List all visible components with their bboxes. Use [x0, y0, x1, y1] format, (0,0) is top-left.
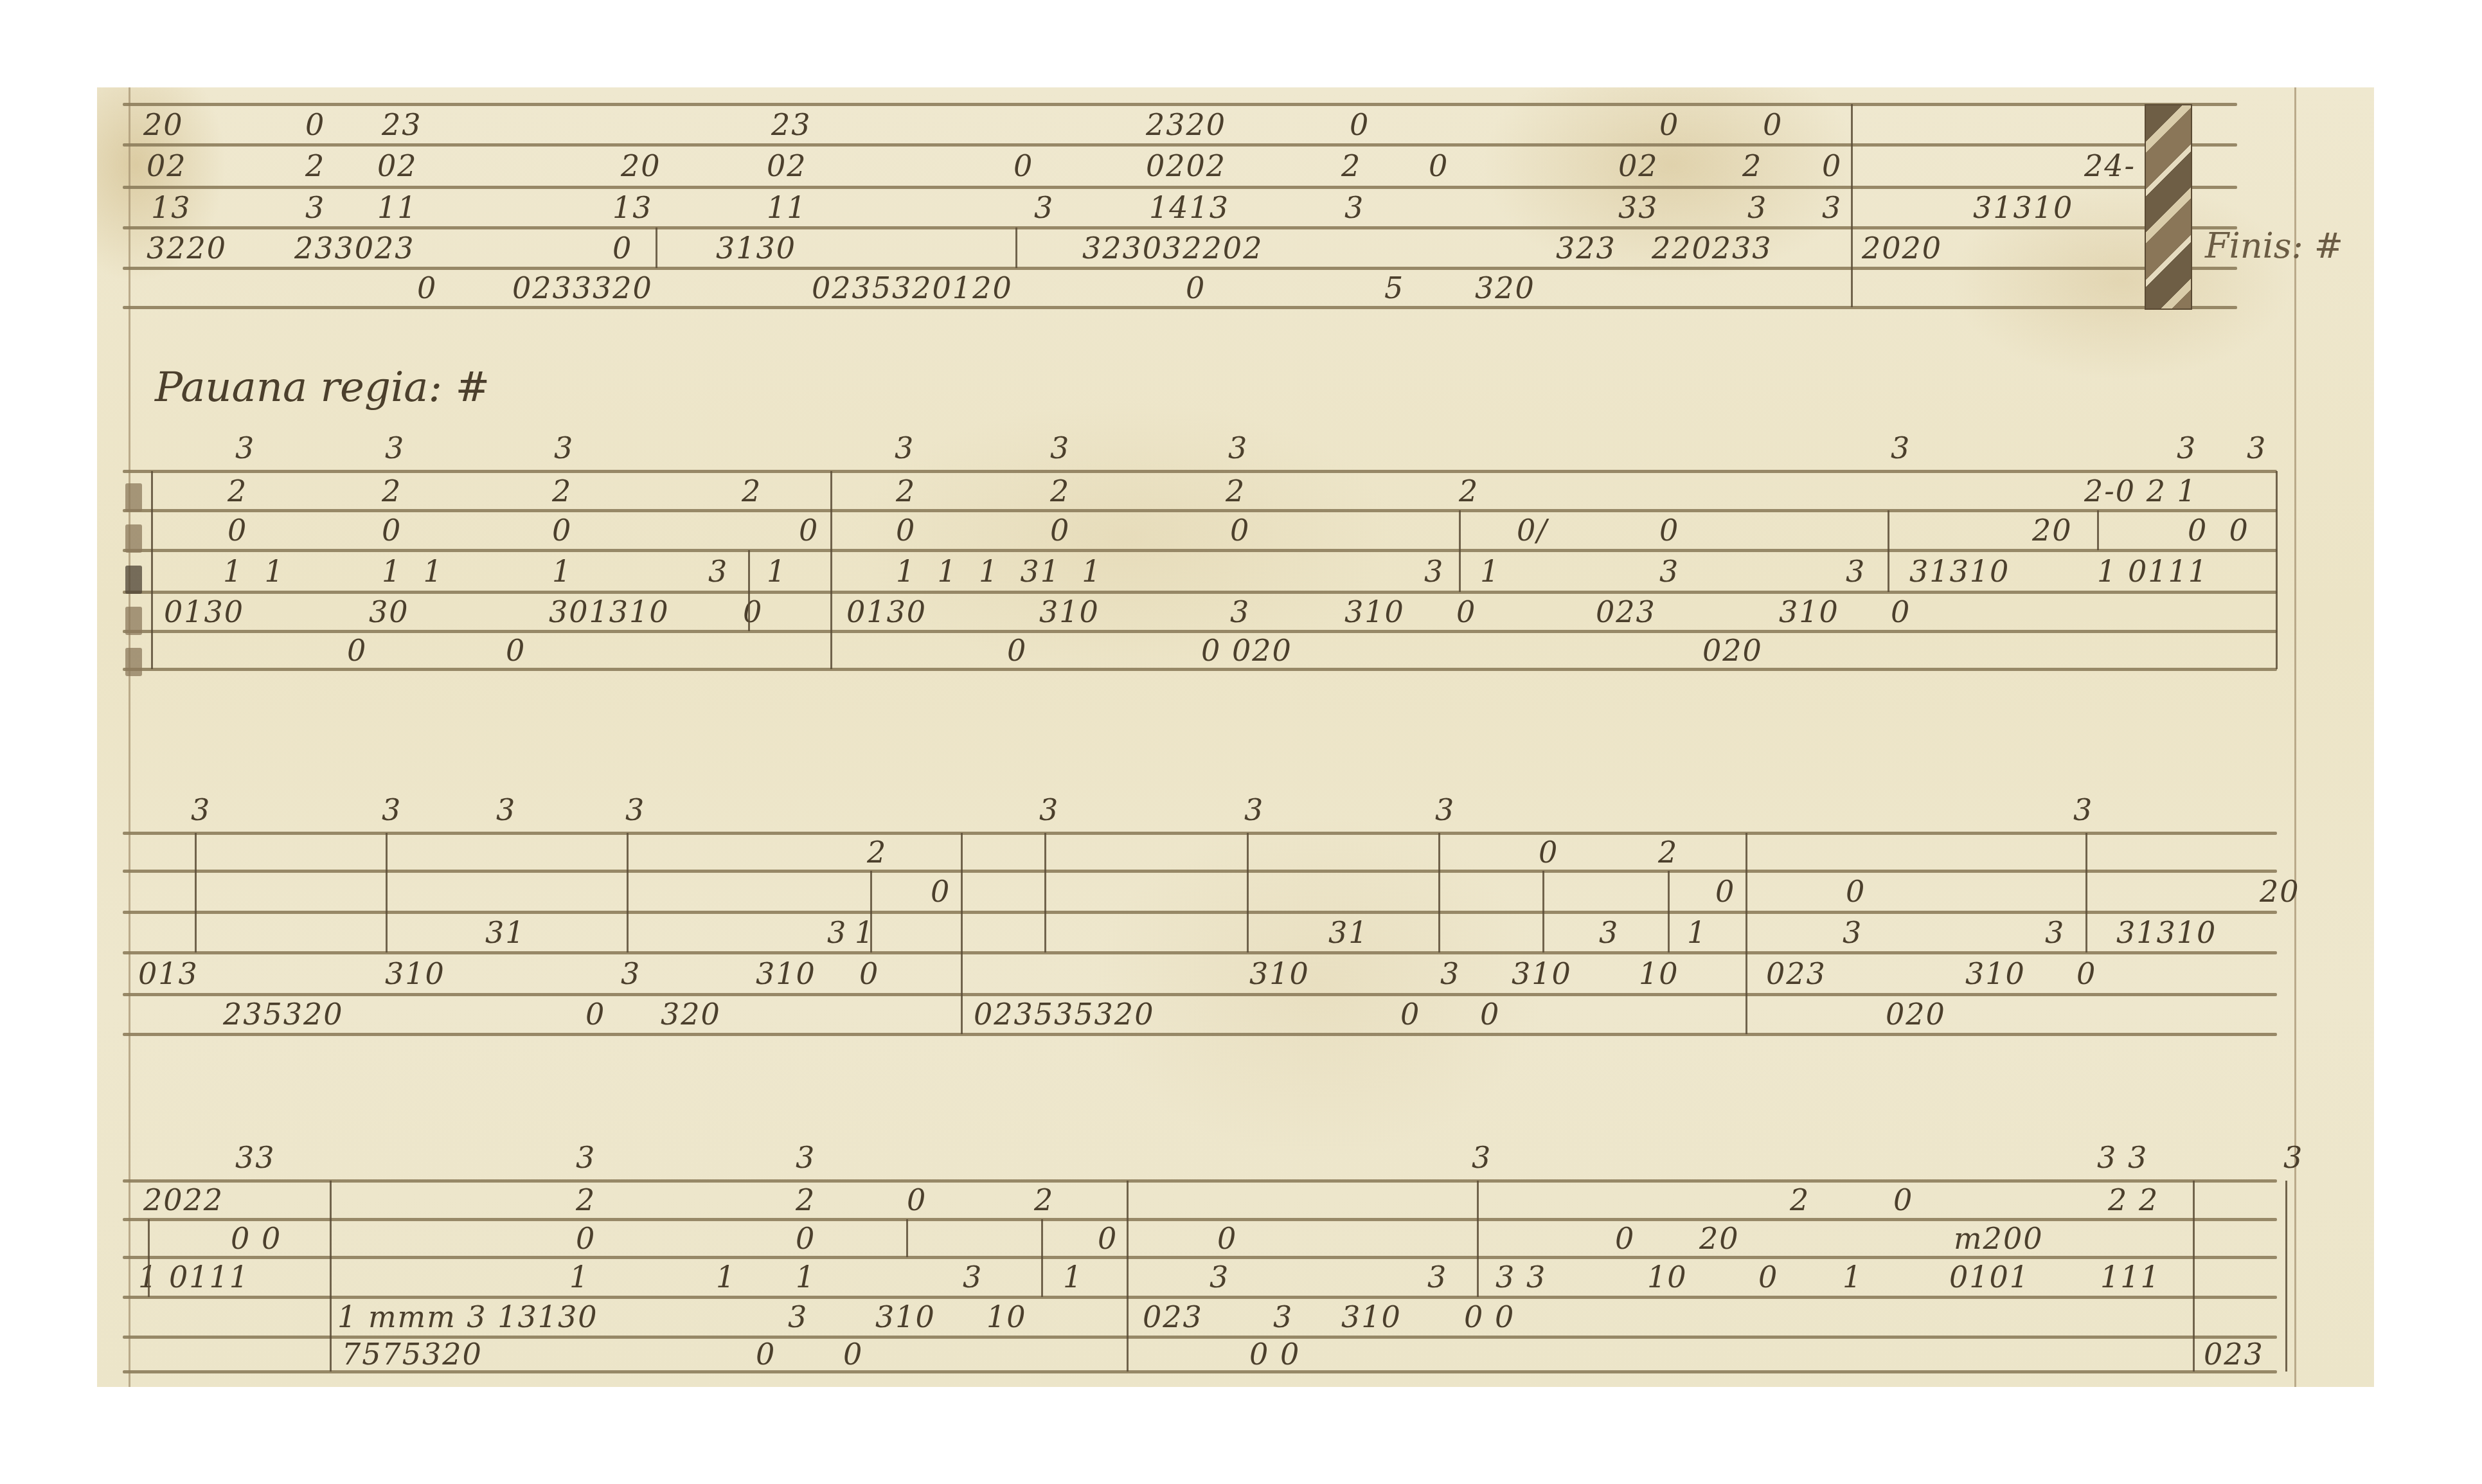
bar-line	[1247, 833, 1249, 952]
tab-cipher: 3	[305, 193, 325, 222]
tab-cipher: 3	[1599, 918, 1619, 947]
tab-cipher: 3	[1472, 1143, 1492, 1172]
tab-cipher: 1 1	[382, 557, 443, 586]
tab-cipher: 2	[1790, 1185, 1810, 1215]
tab-cipher: 3	[1039, 795, 1059, 825]
tab-cipher: 3220	[147, 233, 227, 263]
tab-cipher: 20	[621, 151, 661, 181]
tab-cipher: 323	[1556, 233, 1616, 263]
tab-cipher: 11	[377, 193, 418, 222]
tab-cipher: 0	[1539, 837, 1558, 867]
tab-cipher: 24-	[2084, 151, 2136, 181]
tab-cipher: 31	[485, 918, 526, 947]
tab-cipher: 013	[138, 959, 199, 988]
tab-cipher: 3	[576, 1143, 596, 1172]
margin-marker	[125, 524, 142, 553]
staff-line	[123, 267, 2237, 270]
tab-cipher: 02	[147, 151, 187, 181]
tab-cipher: 2	[796, 1185, 816, 1215]
tab-cipher: 3	[1440, 959, 1460, 988]
tab-cipher: 0	[1456, 597, 1476, 627]
tab-cipher: 0	[1822, 151, 1842, 181]
bar-line	[1888, 510, 1889, 592]
tab-cipher: 0	[896, 515, 916, 545]
tab-cipher: 2020	[1862, 233, 1942, 263]
tab-cipher: 02	[377, 151, 418, 181]
tab-cipher: 0	[1050, 515, 1070, 545]
finis-label: Finis: #	[2205, 226, 2343, 266]
tab-cipher: 31	[1328, 918, 1369, 947]
tab-cipher: 2	[896, 476, 916, 506]
bar-line	[2097, 510, 2099, 550]
tab-cipher: 0 020	[1201, 636, 1292, 665]
tab-cipher: 310	[756, 959, 816, 988]
bar-line	[1851, 104, 1853, 307]
tab-cipher: 0	[1186, 273, 1206, 303]
staff-line	[123, 1033, 2277, 1036]
bar-line	[2193, 1181, 2195, 1372]
tab-cipher: 320	[661, 999, 721, 1029]
tab-cipher: 20	[143, 110, 184, 139]
tab-cipher: 33	[235, 1143, 276, 1172]
bar-line	[1044, 833, 1046, 952]
tab-cipher: 3	[1050, 433, 1070, 463]
tab-cipher: 0	[1480, 999, 1500, 1029]
tab-cipher: 3	[1210, 1262, 1229, 1292]
tab-cipher: 0 0	[1249, 1339, 1300, 1369]
bar-line	[1438, 833, 1440, 952]
bar-line	[1745, 833, 1747, 1034]
tab-cipher: 0	[1891, 597, 1911, 627]
tab-cipher: 220233	[1652, 233, 1772, 263]
staff-line	[123, 306, 2237, 309]
tab-cipher: 10	[987, 1302, 1027, 1332]
tab-cipher: 2	[867, 837, 887, 867]
bar-line	[1041, 1219, 1043, 1297]
bar-line	[1542, 871, 1544, 952]
tab-cipher: 0	[859, 959, 879, 988]
tab-cipher: 0202	[1146, 151, 1226, 181]
tab-cipher: 3	[1228, 433, 1248, 463]
staff-line	[123, 186, 2237, 189]
tab-cipher: 0130	[164, 597, 244, 627]
staff-line	[123, 509, 2277, 512]
tab-cipher: 0	[576, 1224, 596, 1253]
tab-cipher: 0	[1659, 110, 1679, 139]
bar-line	[656, 228, 657, 268]
bar-line	[2276, 471, 2278, 669]
tab-cipher: 3	[1891, 433, 1911, 463]
tab-cipher: 0	[1230, 515, 1250, 545]
tab-cipher: 1	[1480, 557, 1500, 586]
tab-cipher: 23	[382, 110, 422, 139]
tab-cipher: 0	[1758, 1262, 1778, 1292]
tab-cipher: 0	[1846, 877, 1866, 906]
tab-cipher: 10	[1639, 959, 1679, 988]
tab-cipher: 1 0111	[138, 1262, 249, 1292]
tab-cipher: 2	[305, 151, 325, 181]
tab-cipher: 023	[1596, 597, 1656, 627]
tab-cipher: 0130	[846, 597, 927, 627]
tab-cipher: 1	[569, 1262, 589, 1292]
tab-cipher: 235320	[223, 999, 344, 1029]
tab-cipher: 0101	[1949, 1262, 2030, 1292]
tab-cipher: 31310	[2116, 918, 2217, 947]
staff-line	[123, 1256, 2277, 1259]
tab-cipher: 3	[496, 795, 516, 825]
tab-cipher: 0	[1893, 1185, 1913, 1215]
tab-cipher: 3 3	[1495, 1262, 1546, 1292]
tab-cipher: 3	[1344, 193, 1364, 222]
tab-cipher: 3	[1659, 557, 1679, 586]
right-margin-rule	[2294, 87, 2296, 1387]
tab-cipher: 3	[2073, 795, 2093, 825]
tab-cipher: 0 0	[231, 1224, 281, 1253]
tab-cipher: 023	[1143, 1302, 1203, 1332]
tab-cipher: 023	[2204, 1339, 2264, 1369]
tab-cipher: 3	[1230, 597, 1250, 627]
tab-cipher: 2	[1742, 151, 1762, 181]
tab-cipher: 0	[907, 1185, 927, 1215]
tab-cipher: 10	[1647, 1262, 1688, 1292]
tab-cipher: 23	[771, 110, 812, 139]
bar-line	[195, 833, 197, 952]
tab-cipher: 2	[552, 476, 572, 506]
tab-cipher: 310	[385, 959, 445, 988]
tab-cipher: 31310	[1909, 557, 2010, 586]
tab-cipher: 2-0 2 1	[2084, 476, 2197, 506]
tab-cipher: 1	[1063, 1262, 1083, 1292]
tab-cipher: 3	[1843, 918, 1862, 947]
tab-cipher: 310	[1512, 959, 1572, 988]
tab-cipher: 0	[228, 515, 247, 545]
staff-line	[123, 591, 2277, 594]
tab-cipher: 3	[191, 795, 211, 825]
tab-cipher: 0	[1400, 999, 1420, 1029]
tab-cipher: 0	[743, 597, 763, 627]
staff-line	[123, 832, 2277, 835]
tab-cipher: 0	[1715, 877, 1735, 906]
tab-cipher: 1 1 1 31 1	[896, 557, 1102, 586]
tab-cipher: 3	[385, 433, 405, 463]
staff-line	[123, 1296, 2277, 1299]
tab-cipher: 111	[2100, 1262, 2161, 1292]
manuscript-page: 200232323200000220220020020220022024-133…	[97, 87, 2374, 1387]
bar-line	[870, 871, 872, 952]
tab-cipher: 301310	[549, 597, 670, 627]
tab-cipher: 2	[1226, 476, 1245, 506]
tab-cipher: 3	[963, 1262, 983, 1292]
tab-cipher: 0235320120	[812, 273, 1013, 303]
tab-cipher: 20	[2032, 515, 2073, 545]
staff-line	[123, 226, 2237, 229]
tab-cipher: 233023	[294, 233, 415, 263]
tab-cipher: 0	[2076, 959, 2096, 988]
tab-cipher: 020	[1886, 999, 1946, 1029]
tab-cipher: 020	[1702, 636, 1763, 665]
tab-cipher: 320	[1475, 273, 1535, 303]
tab-cipher: 0	[347, 636, 367, 665]
tab-cipher: 0 0	[1464, 1302, 1515, 1332]
tab-cipher: 3	[708, 557, 728, 586]
tab-cipher: 3	[2283, 1143, 2303, 1172]
staff-line	[123, 1179, 2277, 1183]
tab-cipher: 33	[1618, 193, 1659, 222]
tab-cipher: 3	[1427, 1262, 1447, 1292]
tab-cipher: 7575320	[342, 1339, 483, 1369]
tab-cipher: 3	[2177, 433, 2197, 463]
tab-cipher: 3130	[716, 233, 796, 263]
tab-cipher: 30	[369, 597, 409, 627]
tab-cipher: 1	[1843, 1262, 1862, 1292]
tab-cipher: 3	[621, 959, 641, 988]
tab-cipher: 11	[767, 193, 807, 222]
tab-cipher: 0 0	[2188, 515, 2249, 545]
tab-cipher: 0	[756, 1339, 776, 1369]
tab-cipher: 310	[875, 1302, 936, 1332]
tab-cipher: 0	[1615, 1224, 1635, 1253]
tab-cipher: 3	[1435, 795, 1455, 825]
tab-cipher: 0	[305, 110, 325, 139]
tab-cipher: 0233320	[512, 273, 653, 303]
tab-cipher: 3 3	[2097, 1143, 2148, 1172]
margin-marker	[125, 648, 142, 676]
bar-line	[1127, 1181, 1129, 1372]
tab-cipher: 1	[552, 557, 572, 586]
tab-cipher: 3	[1747, 193, 1767, 222]
bar-line	[151, 471, 153, 669]
tab-cipher: 13	[612, 193, 653, 222]
tab-cipher: 323032202	[1082, 233, 1263, 263]
tab-cipher: 023535320	[974, 999, 1154, 1029]
bar-line	[961, 833, 963, 1034]
bar-line	[1015, 228, 1017, 268]
tab-cipher: 5	[1384, 273, 1404, 303]
bar-line	[330, 1181, 332, 1372]
tab-cipher: 0	[382, 515, 402, 545]
tab-cipher: 0	[506, 636, 526, 665]
tab-cipher: 310	[1341, 1302, 1402, 1332]
tab-cipher: 3	[1822, 193, 1842, 222]
tab-cipher: 3	[796, 1143, 816, 1172]
tab-cipher: 3	[1424, 557, 1444, 586]
tab-cipher: 2320	[1146, 110, 1226, 139]
tab-cipher: 3	[1273, 1302, 1293, 1332]
tab-cipher: 3	[788, 1302, 808, 1332]
tab-cipher: 310	[1344, 597, 1405, 627]
tab-cipher: 31310	[1973, 193, 2073, 222]
tab-cipher: 1	[767, 557, 787, 586]
tab-cipher: 2	[1034, 1185, 1054, 1215]
tab-cipher: 3	[625, 795, 645, 825]
staff-line	[123, 993, 2277, 996]
margin-marker	[125, 607, 142, 635]
tab-cipher: 1 0111	[2097, 557, 2208, 586]
tab-cipher: 0	[1098, 1224, 1118, 1253]
tab-cipher: 310	[1779, 597, 1839, 627]
tab-cipher: 3	[1846, 557, 1866, 586]
tab-cipher: m200	[1954, 1224, 2043, 1253]
staff-line	[123, 103, 2237, 106]
tab-cipher: 0	[796, 1224, 816, 1253]
bar-line	[906, 1219, 908, 1257]
tab-cipher: 1 1	[223, 557, 285, 586]
tab-cipher: 1 mmm 3 13130	[337, 1302, 598, 1332]
bar-line	[748, 550, 750, 631]
tab-cipher: 0	[1350, 110, 1370, 139]
tab-cipher: 02	[1618, 151, 1659, 181]
staff-line	[123, 951, 2277, 954]
staff-line	[123, 630, 2277, 633]
bar-line	[148, 1219, 150, 1297]
tab-cipher: 3	[895, 433, 915, 463]
tab-cipher: 1	[796, 1262, 816, 1292]
tab-cipher: 2022	[143, 1185, 224, 1215]
tab-cipher: 3	[2045, 918, 2065, 947]
tab-cipher: 2	[1341, 151, 1361, 181]
tab-cipher: 2	[382, 476, 402, 506]
tab-cipher: 0	[1659, 515, 1679, 545]
tab-cipher: 0	[1429, 151, 1449, 181]
tab-cipher: 0	[843, 1339, 863, 1369]
tab-cipher: 310	[1039, 597, 1100, 627]
tab-cipher: 1	[1687, 918, 1707, 947]
bar-line	[627, 833, 629, 952]
tab-cipher: 3	[827, 918, 847, 947]
tab-cipher: 0	[799, 515, 819, 545]
tab-cipher: 0	[1007, 636, 1027, 665]
tab-cipher: 0	[1013, 151, 1033, 181]
piece-title: Pauana regia: #	[155, 364, 490, 411]
bar-line	[830, 471, 832, 669]
tab-cipher: 0/	[1517, 515, 1548, 545]
tab-cipher: 0	[585, 999, 605, 1029]
bar-line	[1668, 871, 1670, 952]
tab-cipher: 2	[1658, 837, 1678, 867]
tab-cipher: 0	[552, 515, 572, 545]
bar-line	[1477, 1181, 1479, 1297]
tab-cipher: 0	[1763, 110, 1783, 139]
tab-cipher: 3	[235, 433, 255, 463]
tab-cipher: 2	[228, 476, 247, 506]
margin-marker	[125, 566, 142, 594]
staff-line	[123, 911, 2277, 914]
staff-line	[123, 470, 2277, 473]
tab-cipher: 2	[1050, 476, 1070, 506]
tab-cipher: 3	[2247, 433, 2267, 463]
staff-line	[123, 870, 2277, 873]
tab-cipher: 2	[576, 1185, 596, 1215]
margin-marker	[125, 483, 142, 512]
tab-cipher: 3	[1034, 193, 1054, 222]
tab-cipher: 0	[417, 273, 437, 303]
staff-line	[123, 549, 2277, 552]
tab-cipher: 2	[742, 476, 762, 506]
tab-cipher: 2	[1459, 476, 1479, 506]
tab-cipher: 20	[2260, 877, 2300, 906]
tab-cipher: 13	[151, 193, 192, 222]
tab-cipher: 20	[1699, 1224, 1740, 1253]
tab-cipher: 310	[1965, 959, 2026, 988]
tab-cipher: 1413	[1149, 193, 1229, 222]
tab-cipher: 023	[1766, 959, 1826, 988]
bar-line	[2085, 833, 2087, 952]
tab-cipher: 3	[1244, 795, 1264, 825]
bar-line	[386, 833, 388, 952]
staff-line	[123, 668, 2277, 671]
final-double-bar-ornament	[2145, 104, 2192, 310]
tab-cipher: 1	[716, 1262, 736, 1292]
left-margin-rule	[129, 87, 130, 1387]
tab-cipher: 0	[612, 233, 632, 263]
tab-cipher: 3	[382, 795, 402, 825]
staff-line	[123, 143, 2237, 147]
tab-cipher: 3	[554, 433, 574, 463]
bar-line	[2285, 1181, 2287, 1372]
tab-cipher: 02	[767, 151, 807, 181]
tab-cipher: 0	[931, 877, 951, 906]
tab-cipher: 0	[1217, 1224, 1237, 1253]
tab-cipher: 2 2	[2108, 1185, 2159, 1215]
bar-line	[1459, 510, 1461, 592]
tab-cipher: 310	[1249, 959, 1310, 988]
